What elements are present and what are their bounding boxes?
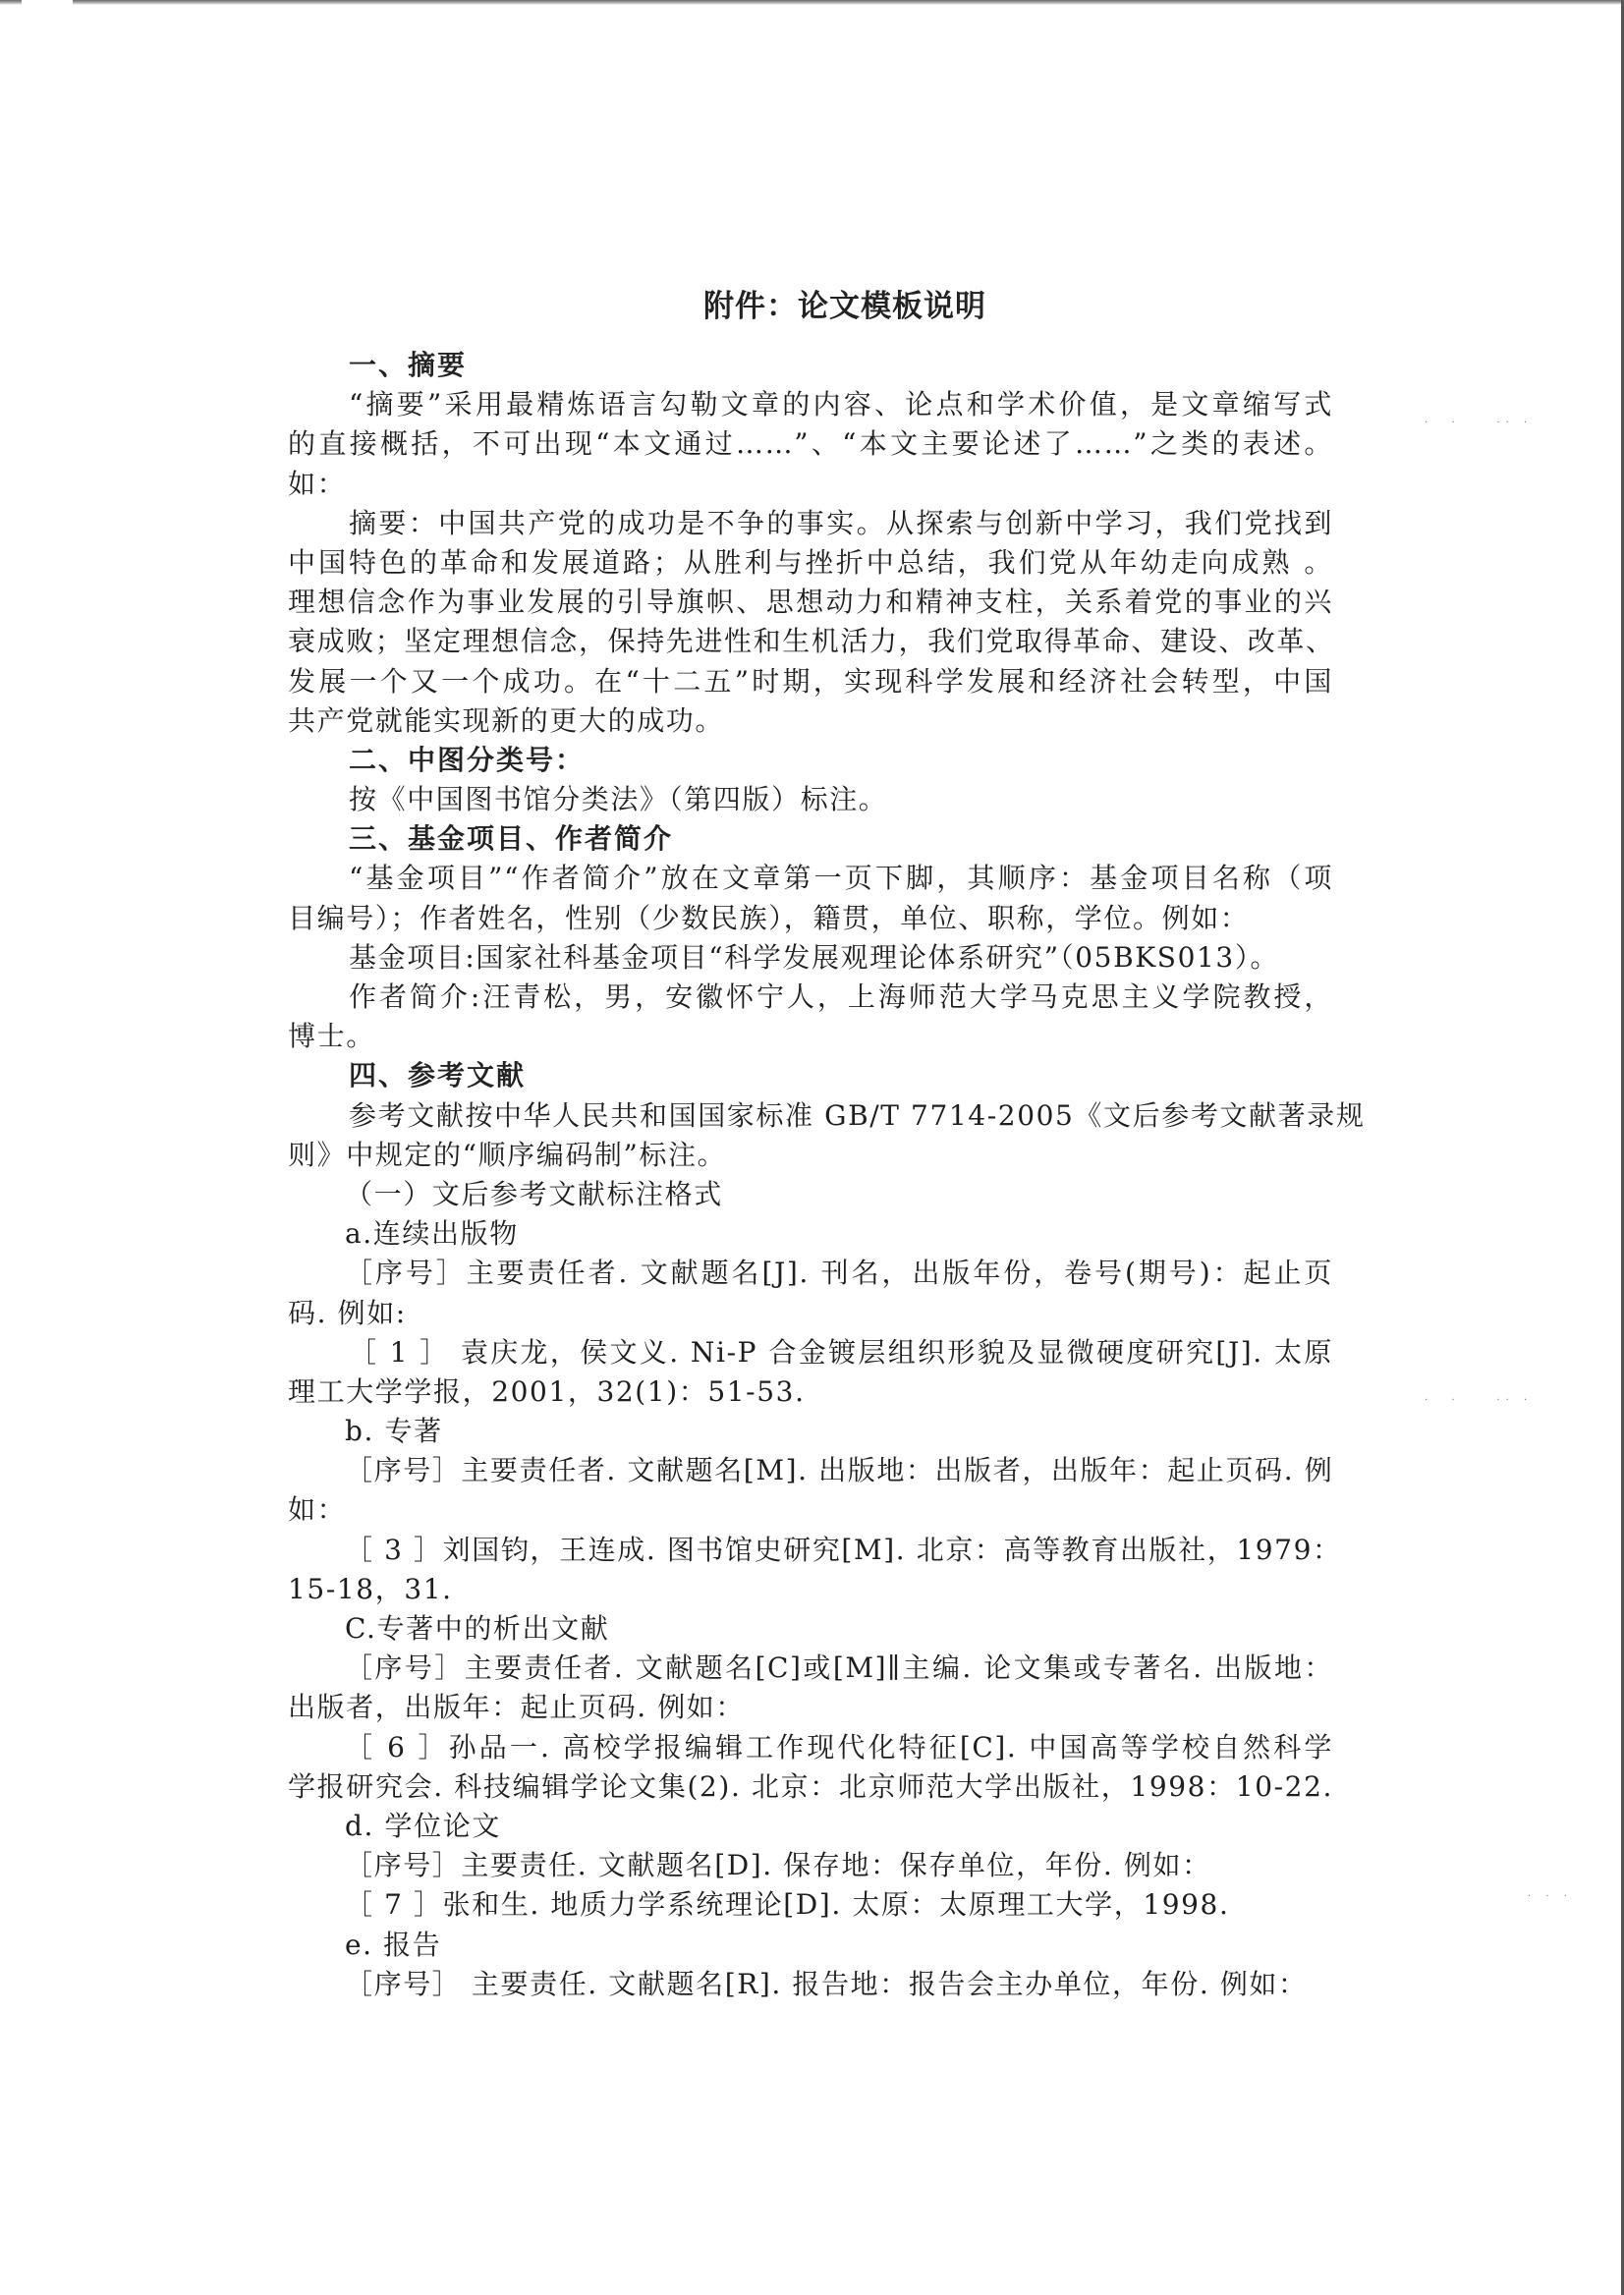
reference-format-line: ［序号］ 主要责任. 文献题名[R]. 报告地：报告会主办单位，年份. 例如： (288, 1965, 1333, 2004)
example-line: 理想信念作为事业发展的引导旗帜、思想动力和精神支柱，关系着党的事业的兴 (288, 583, 1333, 622)
reference-example-line: 学报研究会. 科技编辑学论文集(2). 北京：北京师范大学出版社，1998：10… (288, 1767, 1333, 1807)
section-heading-references: 四、参考文献 (288, 1056, 1333, 1095)
reference-type-label: C.专著中的析出文献 (288, 1609, 1333, 1649)
paragraph-line: 按《中国图书馆分类法》（第四版）标注。 (288, 780, 1333, 819)
example-line: 中国特色的革命和发展道路；从胜利与挫折中总结，我们党从年幼走向成熟 。 (288, 543, 1333, 583)
reference-format-line: ［序号］主要责任者. 文献题名[C]或[M]∥主编. 论文集或专著名. 出版地： (288, 1649, 1333, 1688)
paragraph-line: 如： (288, 465, 1333, 504)
paragraph-line: 参考文献按中华人民共和国国家标准 GB/T 7714-2005《文后参考文献著录… (288, 1096, 1333, 1136)
scan-top-edge (0, 0, 1624, 5)
reference-format-line: ［序号］主要责任者. 文献题名[J]. 刊名，出版年份，卷号(期号)：起止页 (288, 1254, 1333, 1293)
paragraph-line: 目编号）；作者姓名，性别（少数民族），籍贯，单位、职称，学位。例如： (288, 899, 1333, 938)
scan-edge-gap (22, 0, 73, 5)
section-heading-abstract: 一、摘要 (288, 346, 1333, 385)
reference-type-label: b. 专著 (288, 1412, 1333, 1451)
example-line: 发展一个又一个成功。在“十二五”时期，实现科学发展和经济社会转型，中国 (288, 662, 1333, 701)
author-example-line: 作者简介:汪青松，男，安徽怀宁人，上海师范大学马克思主义学院教授， (288, 978, 1333, 1017)
document-page: 附件：论文模板说明 一、摘要 “摘要”采用最精炼语言勾勒文章的内容、论点和学术价… (288, 285, 1333, 2004)
reference-example-line: ［ 1 ］ 袁庆龙，侯文义. Ni-P 合金镀层组织形貌及显微硬度研究[J]. … (288, 1333, 1333, 1372)
reference-example-line: 理工大学学报，2001，32(1)：51-53. (288, 1372, 1333, 1412)
section-heading-classification: 二、中图分类号： (288, 741, 1333, 780)
reference-format-line: 码. 例如: (288, 1294, 1333, 1333)
paragraph-line: 的直接概括，不可出现“本文通过……”、“本文主要论述了……”之类的表述。 (288, 424, 1333, 464)
reference-format-line: 出版者，出版年：起止页码. 例如： (288, 1688, 1333, 1727)
reference-example-line: ［ 6 ］孙品一. 高校学报编辑工作现代化特征[C]. 中国高等学校自然科学 (288, 1728, 1333, 1767)
reference-format-line: 如： (288, 1490, 1333, 1530)
example-line: 衰成败；坚定理想信念，保持先进性和生机活力，我们党取得革命、建设、改革、 (288, 622, 1333, 661)
reference-type-label: e. 报告 (288, 1926, 1333, 1965)
reference-format-line: ［序号］主要责任者. 文献题名[M]. 出版地：出版者，出版年：起止页码. 例 (288, 1451, 1333, 1490)
fund-example-line: 基金项目:国家社科基金项目“科学发展观理论体系研究”（05BKS013）。 (288, 938, 1333, 978)
scan-speckles: · · · (1528, 1891, 1573, 1902)
reference-type-label: a.连续出版物 (288, 1214, 1333, 1254)
reference-type-label: d. 学位论文 (288, 1807, 1333, 1846)
section-heading-fund-author: 三、基金项目、作者简介 (288, 819, 1333, 859)
reference-example-line: ［ 7 ］张和生. 地质力学系统理论[D]. 太原：太原理工大学，1998. (288, 1885, 1333, 1925)
example-line: 共产党就能实现新的更大的成功。 (288, 701, 1333, 741)
author-example-line: 博士。 (288, 1017, 1333, 1056)
reference-example-line: ［ 3 ］刘国钧，王连成. 图书馆史研究[M]. 北京：高等教育出版社，1979… (288, 1531, 1333, 1570)
paragraph-line: “基金项目”“作者简介”放在文章第一页下脚，其顺序：基金项目名称（项 (288, 859, 1333, 898)
scan-speckles: · · ·· · (1425, 418, 1533, 428)
reference-example-line: 15-18，31. (288, 1570, 1333, 1609)
paragraph-line: 则》中规定的“顺序编码制”标注。 (288, 1136, 1333, 1175)
reference-format-line: ［序号］主要责任. 文献题名[D]. 保存地：保存单位，年份. 例如： (288, 1846, 1333, 1885)
references-subheading: （一）文后参考文献标注格式 (288, 1175, 1333, 1214)
document-title: 附件：论文模板说明 (288, 285, 1333, 346)
example-line: 摘要：中国共产党的成功是不争的事实。从探索与创新中学习，我们党找到 (288, 504, 1333, 543)
scan-speckles: · · ·· · (1425, 1395, 1533, 1406)
paragraph-line: “摘要”采用最精炼语言勾勒文章的内容、论点和学术价值，是文章缩写式 (288, 385, 1333, 424)
